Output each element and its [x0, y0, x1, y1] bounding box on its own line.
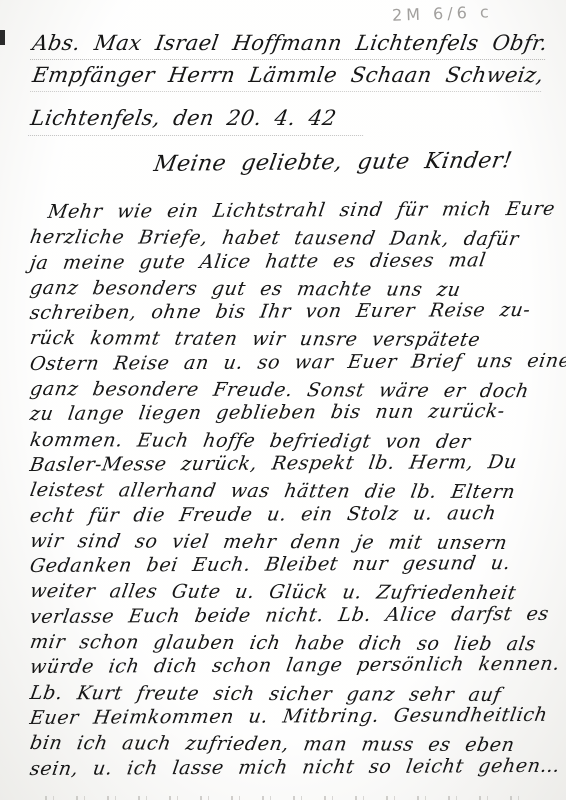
handwriting-line: sein, u. ich lasse mich nicht so leicht … — [28, 753, 562, 782]
archival-code-note: 2M 6/6 c — [392, 2, 493, 25]
handwriting-line: ja meine gute Alice hatte es dieses mal — [28, 247, 562, 276]
handwriting-line: zu lange liegen geblieben bis nun zurück… — [28, 399, 562, 428]
place-date-line: Lichtenfels, den 20. 4. 42 — [28, 103, 368, 136]
handwriting-line: Euer Heimkommen u. Mitbring. Gesundheitl… — [28, 703, 562, 732]
handwriting-line: Basler-Messe zurück, Respekt lb. Herm, D… — [28, 450, 562, 479]
cutoff-next-line-artifact — [34, 796, 534, 800]
letter-body: Mehr wie ein Lichtstrahl sind für mich E… — [28, 200, 558, 782]
letter-header: Abs. Max Israel Hoffmann Lichtenfels Obf… — [30, 28, 545, 92]
handwriting-line: schreiben, ohne bis Ihr von Eurer Reise … — [28, 298, 562, 327]
recipient-line: Empfänger Herrn Lämmle Schaan Schweiz, — [30, 60, 546, 92]
handwriting-line: echt für die Freude u. ein Stolz u. auch — [28, 500, 562, 529]
handwriting-line: verlasse Euch beide nicht. Lb. Alice dar… — [28, 602, 562, 631]
salutation: Meine geliebte, gute Kinder! — [152, 148, 514, 177]
sender-line: Abs. Max Israel Hoffmann Lichtenfels Obf… — [30, 28, 550, 60]
handwriting-line: Mehr wie ein Lichtstrahl sind für mich E… — [28, 197, 562, 226]
handwriting-line: Ostern Reise an u. so war Euer Brief uns… — [28, 349, 562, 378]
handwriting-line: würde ich dich schon lange persönlich ke… — [28, 652, 562, 681]
scan-edge-mark — [0, 30, 5, 45]
handwriting-line: Gedanken bei Euch. Bleibet nur gesund u. — [28, 551, 562, 580]
scanned-letter-page: 2M 6/6 c Abs. Max Israel Hoffmann Lichte… — [0, 0, 566, 800]
